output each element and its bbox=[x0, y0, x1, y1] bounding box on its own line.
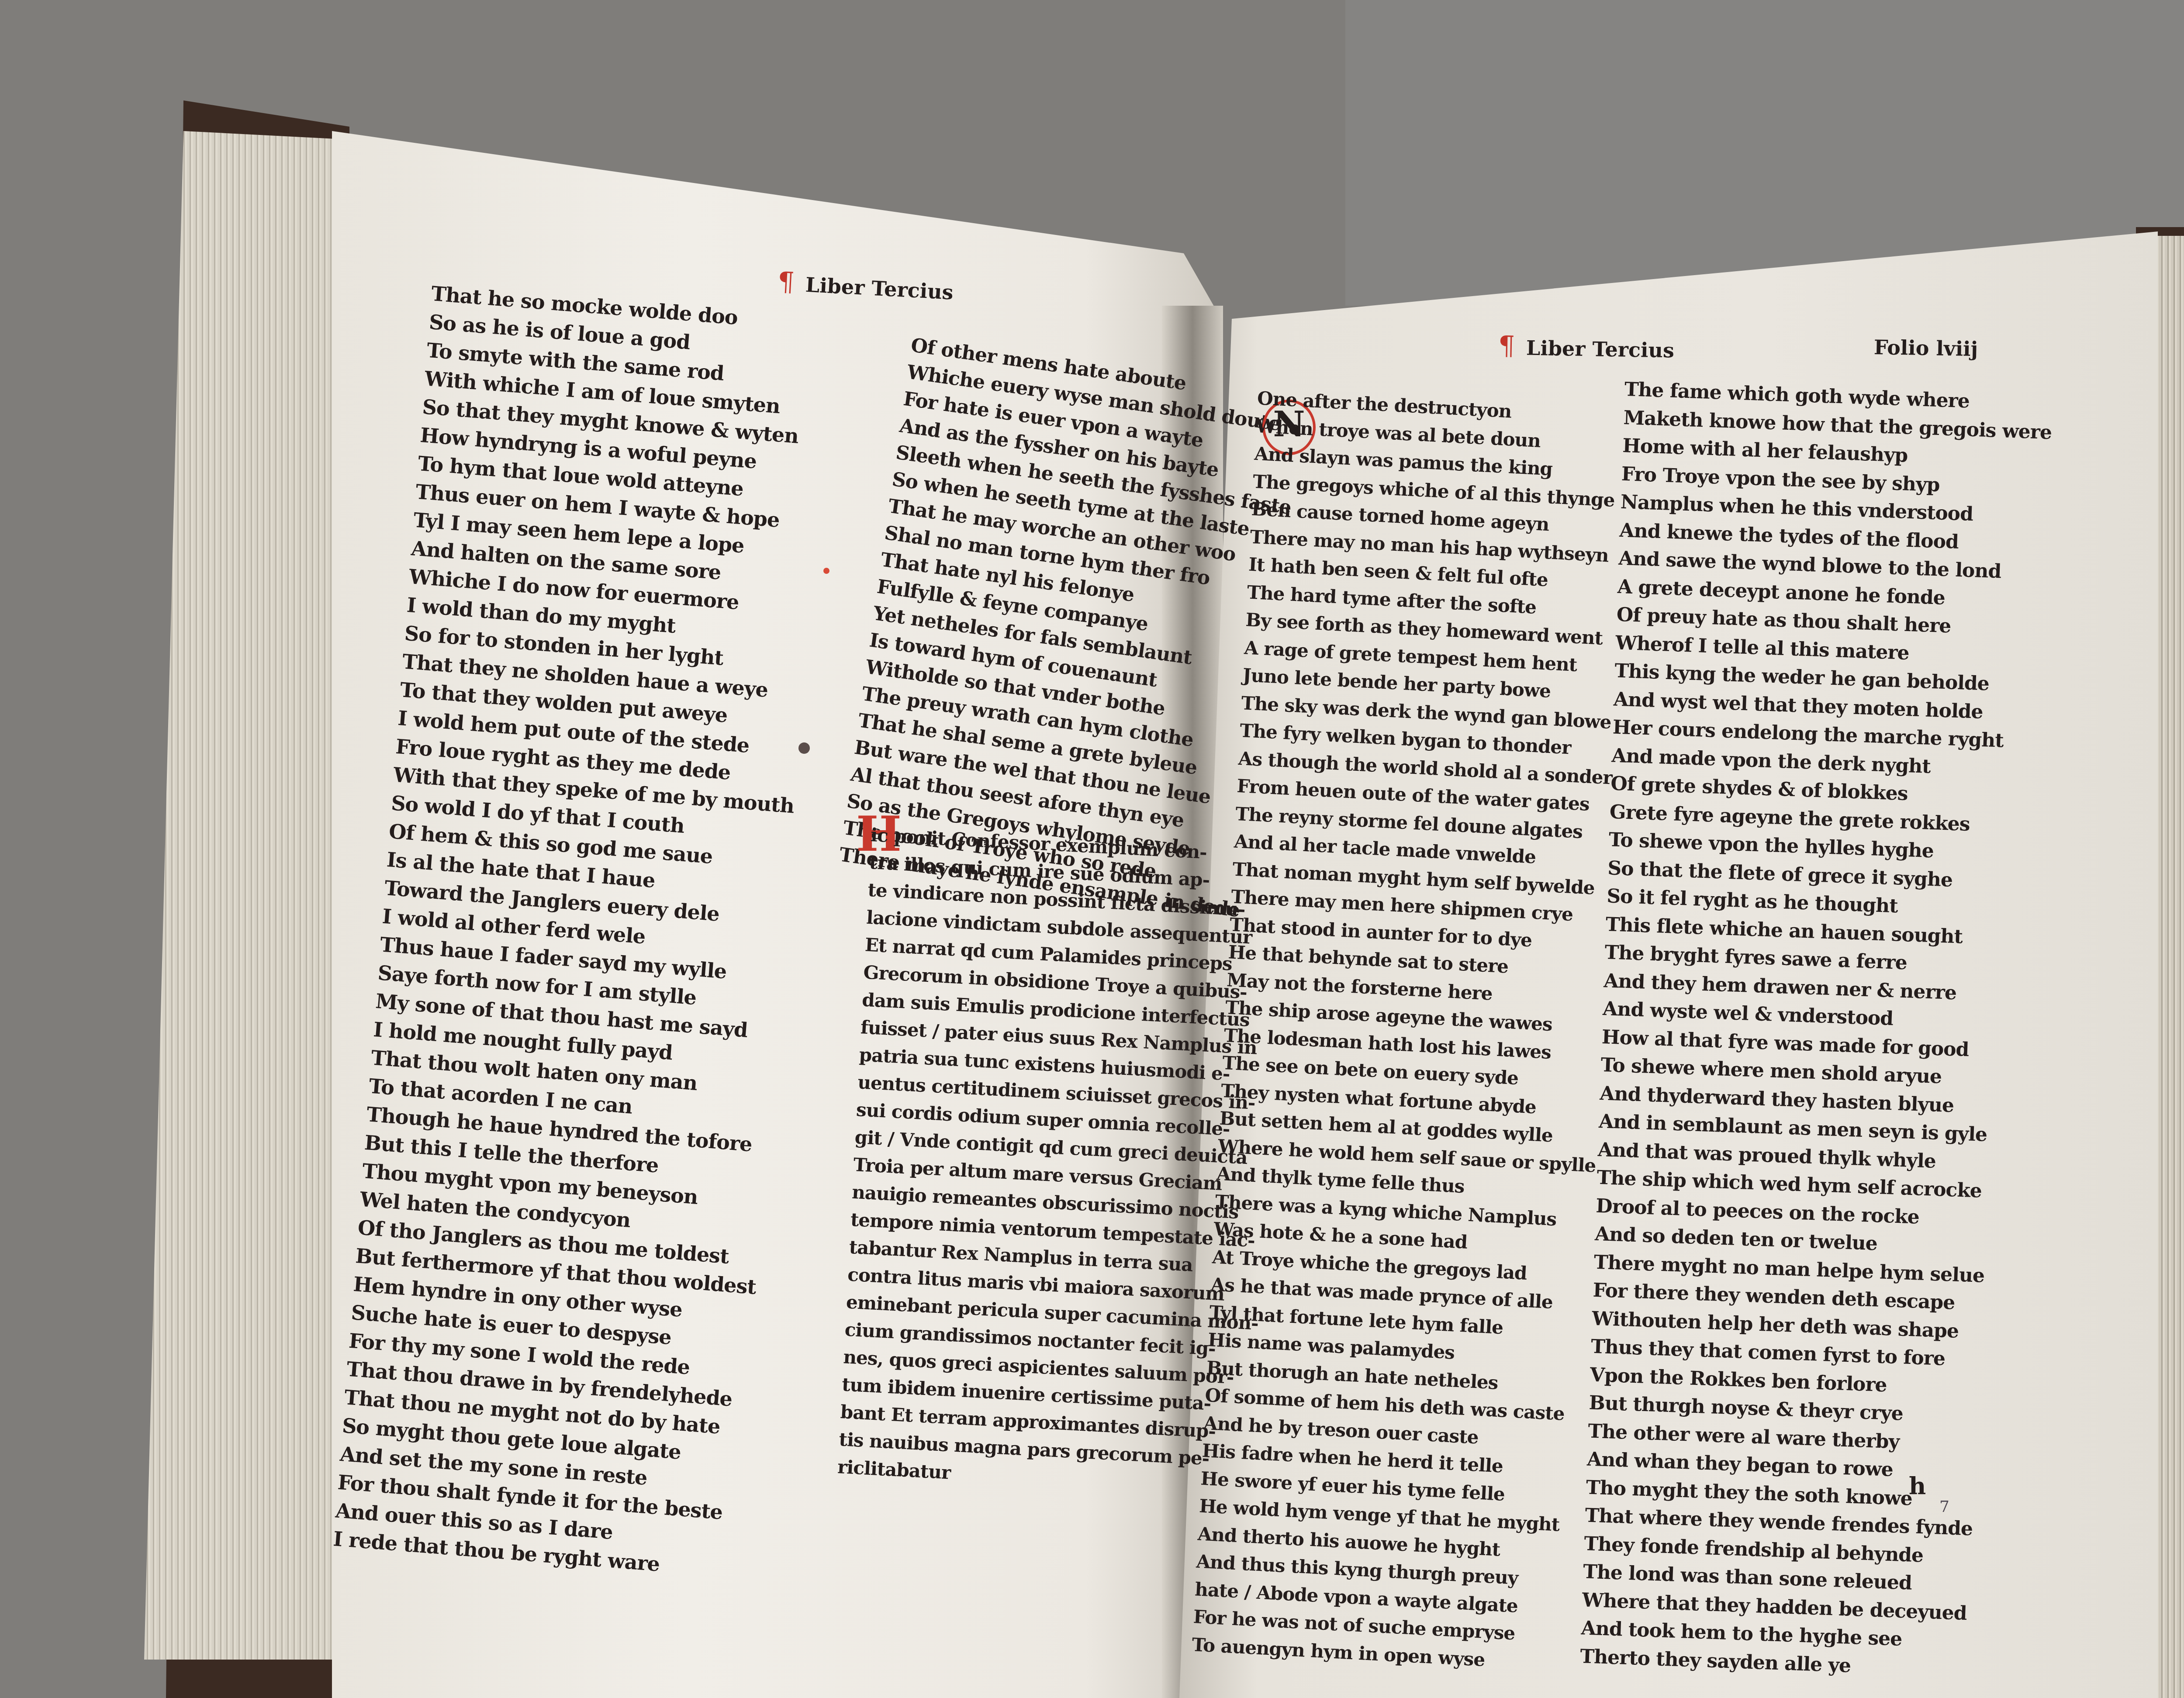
right-page-column-2: The fame which goth wyde whereMaketh kno… bbox=[1579, 376, 2053, 1685]
running-head-title: Liber Tercius bbox=[1526, 336, 1675, 362]
pilcrow-icon: ¶ bbox=[777, 266, 795, 298]
folio-number: Folio lviij bbox=[1874, 335, 1978, 361]
right-page-column-1: One after the destructyonWhen troye was … bbox=[1191, 384, 1635, 1678]
ink-spot bbox=[798, 742, 810, 754]
red-fleck bbox=[823, 568, 829, 574]
pilcrow-icon: ¶ bbox=[1498, 330, 1515, 361]
signature-mark: h bbox=[1909, 1472, 1926, 1500]
running-head-right: ¶Liber Tercius bbox=[1498, 330, 1674, 364]
signature-number: 7 bbox=[1939, 1498, 1949, 1516]
